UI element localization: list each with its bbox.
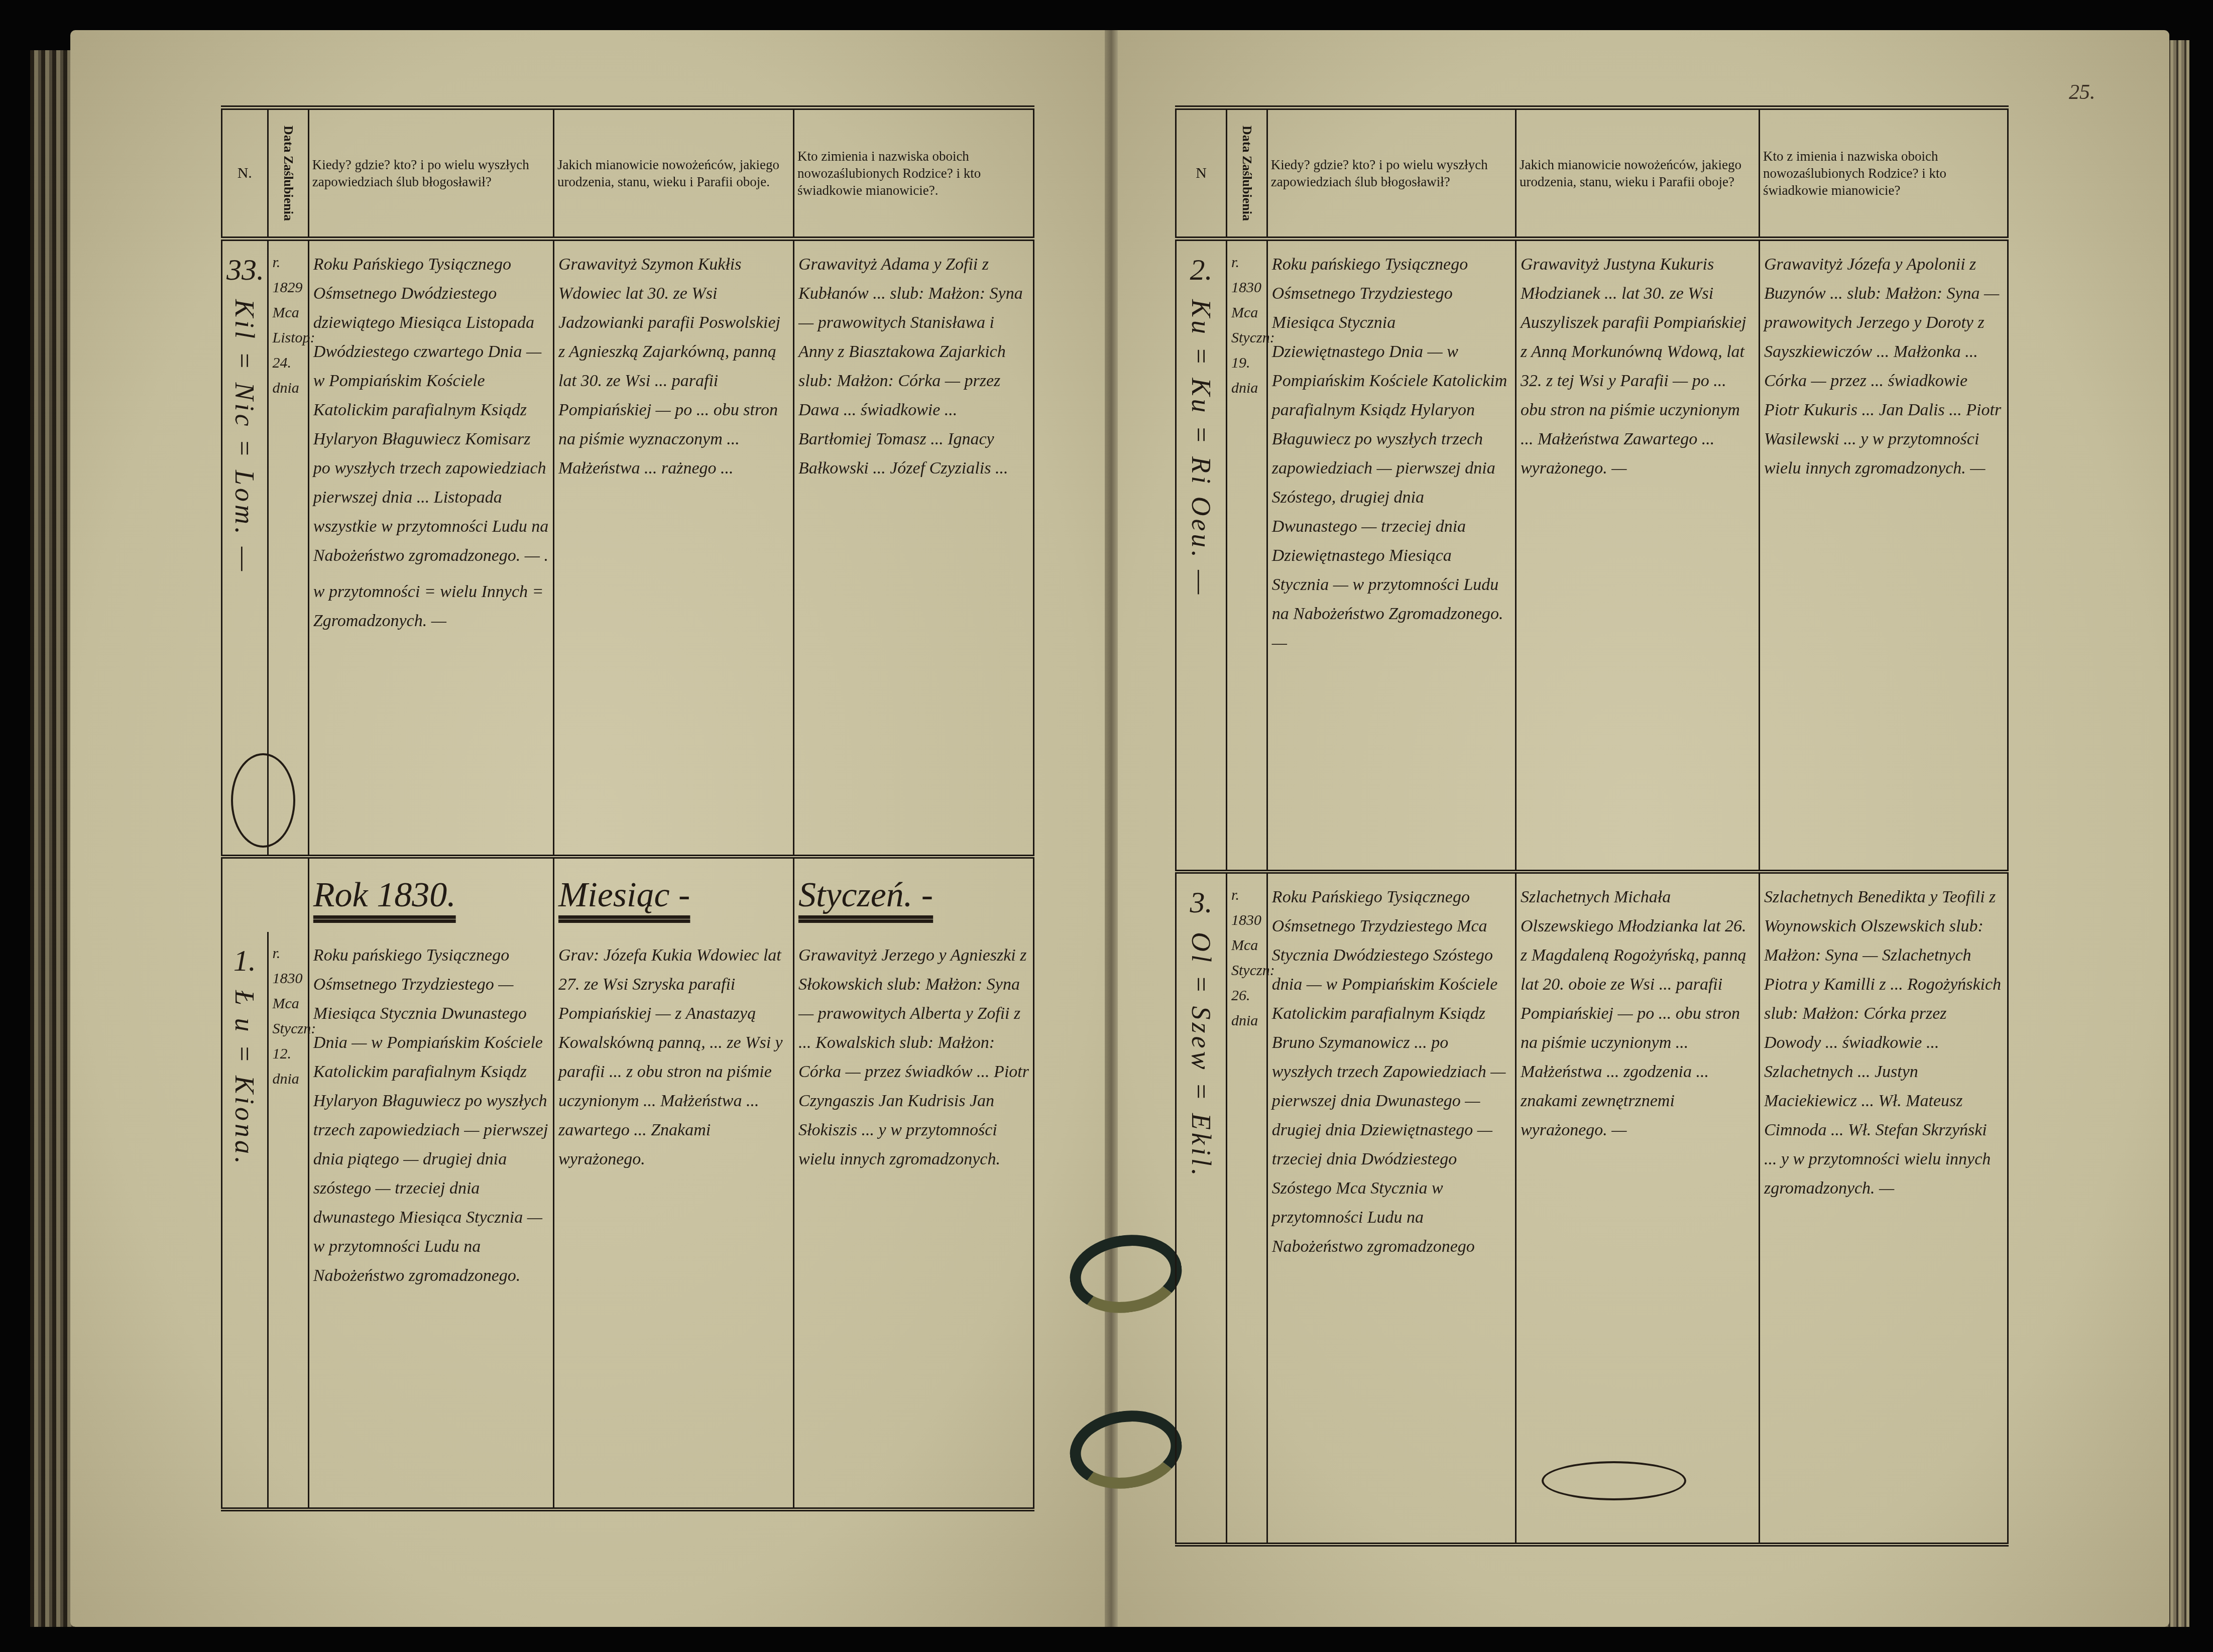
entry-parents-witnesses: Grawavityż Jerzego y Agnieszki z Słokows… (793, 932, 1033, 1509)
entry-parents-witnesses: Szlachetnych Benedikta y Teofili z Woyno… (1759, 872, 2008, 1545)
closing-text: w przytomności = wielu Innych = Zgromadz… (313, 577, 549, 636)
header-parents-witnesses: Kto zimienia i nazwiska oboich nowozaślu… (793, 108, 1033, 239)
year-heading-row: Rok 1830. Miesiąc - Styczeń. - (222, 857, 1034, 932)
entry-number-cell: 1. Ł u = Kiona. (222, 932, 268, 1509)
entry-couple: Grav: Józefa Kukia Wdowiec lat 27. ze Ws… (554, 932, 794, 1509)
entry-couple: Grawavityż Szymon Kukłis Wdowiec lat 30.… (554, 239, 794, 857)
year-heading: Rok 1830. (308, 857, 553, 932)
book-gutter (1105, 30, 1118, 1627)
entry-number: 1. (226, 946, 263, 975)
entry-number-cell: 3. Ol = Szew = Ekil. (1176, 872, 1227, 1545)
entry-number: 33. (226, 255, 263, 284)
header-ceremony: Kiedy? gdzie? kto? i po wielu wyszłych z… (308, 108, 553, 239)
header-couple: Jakich mianowicie nowożeńców, jakiego ur… (554, 108, 794, 239)
header-row: N Data Zaślubienia Kiedy? gdzie? kto? i … (1176, 108, 2008, 239)
entry-margin-note: Kil = Nic = Lom. — (230, 299, 259, 574)
entry-number-cell: 2. Ku = Ku = Ri Oeu. — (1176, 239, 1227, 872)
entry-ceremony: Roku Pańskiego Tysiącznego Ośmsetnego Tr… (1267, 872, 1516, 1545)
register-entry: 1. Ł u = Kiona. r. 1830 Mca Styczn: 12. … (222, 932, 1034, 1509)
header-date: Data Zaślubienia (1227, 108, 1267, 239)
entry-date: r. 1830 Mca Styczn: 26. dnia (1227, 872, 1267, 1545)
entry-ceremony: Roku pańskiego Tysiącznego Ośmsetnego Tr… (1267, 239, 1516, 872)
ink-flourish-right (1542, 1461, 1686, 1500)
entry-margin-note: Ol = Szew = Ekil. (1187, 932, 1216, 1178)
ceremony-text: Roku Pańskiego Tysiącznego Ośmsetnego Dw… (313, 250, 549, 570)
register-entry: 3. Ol = Szew = Ekil. r. 1830 Mca Styczn:… (1176, 872, 2008, 1545)
entry-couple: Grawavityż Justyna Kukuris Młodzianek ..… (1516, 239, 1759, 872)
entry-margin-note: Ku = Ku = Ri Oeu. — (1187, 299, 1216, 597)
entry-parents-witnesses: Grawavityż Adama y Zofii z Kubłanów ... … (793, 239, 1033, 857)
register-entry: 33. Kil = Nic = Lom. — r. 1829 Mca Listo… (222, 239, 1034, 857)
header-number: N. (222, 108, 268, 239)
entry-date: r. 1830 Mca Styczn: 12. dnia (268, 932, 308, 1509)
header-number: N (1176, 108, 1227, 239)
page-number: 25. (2069, 80, 2095, 104)
header-couple: Jakich mianowicie nowożeńców, jakiego ur… (1516, 108, 1759, 239)
month-heading: Miesiąc - (554, 857, 794, 932)
month-name-heading: Styczeń. - (793, 857, 1033, 932)
register-table-right: N Data Zaślubienia Kiedy? gdzie? kto? i … (1175, 105, 2009, 1547)
header-date: Data Zaślubienia (268, 108, 308, 239)
entry-number: 2. (1181, 255, 1222, 284)
entry-margin-note: Ł u = Kiona. (230, 990, 259, 1167)
header-row: N. Data Zaślubienia Kiedy? gdzie? kto? i… (222, 108, 1034, 239)
register-entry: 2. Ku = Ku = Ri Oeu. — r. 1830 Mca Stycz… (1176, 239, 2008, 872)
entry-ceremony: Roku pańskiego Tysiącznego Ośmsetnego Tr… (308, 932, 553, 1509)
entry-parents-witnesses: Grawavityż Józefa y Apolonii z Buzynów .… (1759, 239, 2008, 872)
ink-flourish-left (231, 753, 295, 848)
open-register-book: 25. N. Data Zaślubienia Kiedy? gdzie? kt… (20, 20, 2199, 1647)
register-table-left: N. Data Zaślubienia Kiedy? gdzie? kto? i… (221, 105, 1034, 1511)
entry-date: r. 1830 Mca Styczn: 19. dnia (1227, 239, 1267, 872)
header-parents-witnesses: Kto z imienia i nazwiska oboich nowozaśl… (1759, 108, 2008, 239)
header-ceremony: Kiedy? gdzie? kto? i po wielu wyszłych z… (1267, 108, 1516, 239)
entry-ceremony: Roku Pańskiego Tysiącznego Ośmsetnego Dw… (308, 239, 553, 857)
entry-number: 3. (1181, 888, 1222, 917)
entry-couple: Szlachetnych Michała Olszewskiego Młodzi… (1516, 872, 1759, 1545)
